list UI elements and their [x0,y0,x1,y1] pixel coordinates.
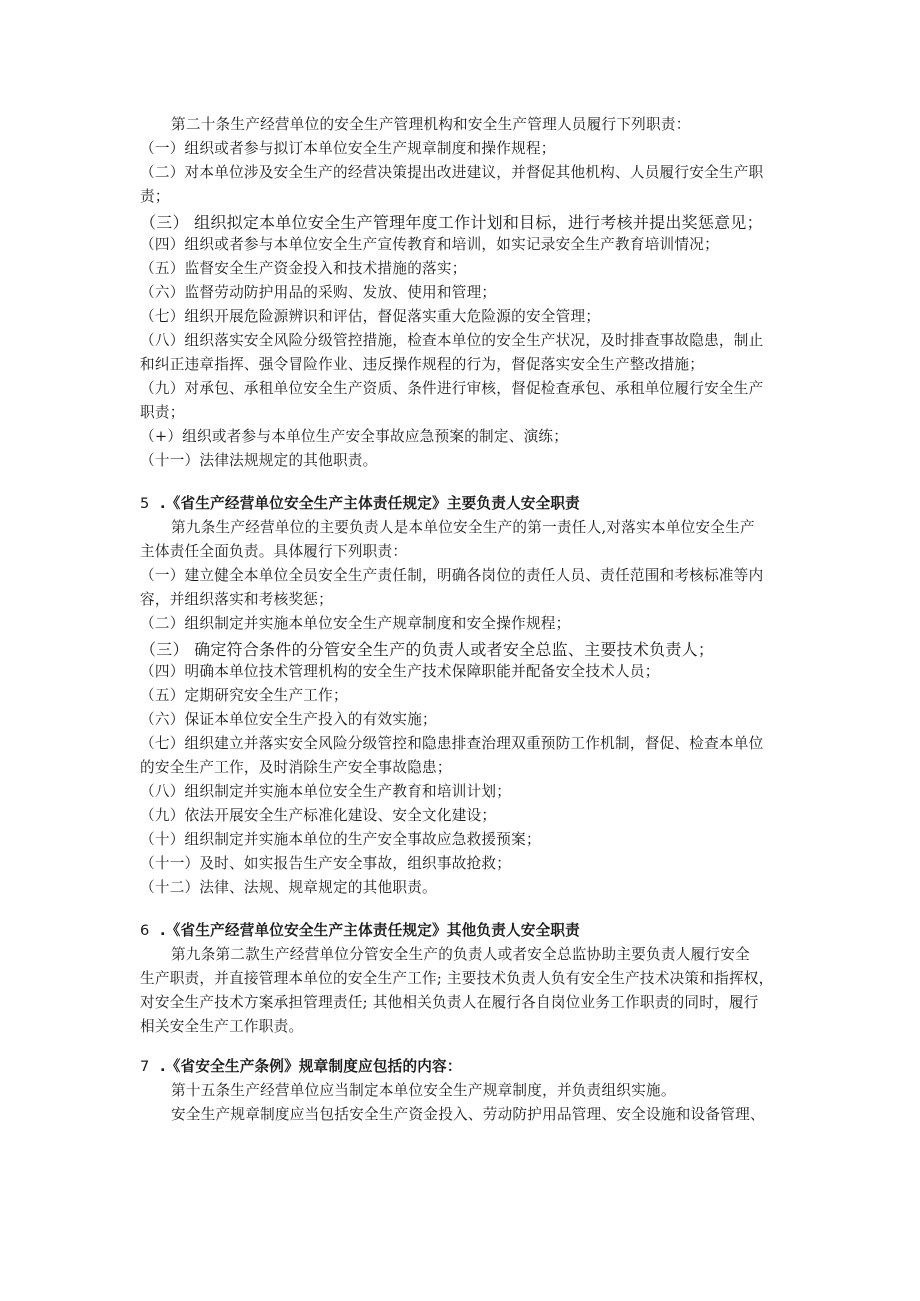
list-item-continuation: 责； [140,185,790,209]
section-article-20: 第二十条生产经营单位的安全生产管理机构和安全生产管理人员履行下列职责： （一）组… [140,113,790,473]
section-number: 6 [140,919,160,943]
list-item: （六）保证本单位安全生产投入的有效实施； [140,708,790,732]
article-intro: 第二十条生产经营单位的安全生产管理机构和安全生产管理人员履行下列职责： [140,113,790,137]
list-item: （十一）及时、如实报告生产安全事故，组织事故抢救； [140,852,790,876]
list-item: （十一）法律法规规定的其他职责。 [140,449,790,473]
section-title: .《省安全生产条例》规章制度应包括的内容： [160,1058,462,1075]
list-item: （五）监督安全生产资金投入和技术措施的落实； [140,257,790,281]
section-number: 7 [140,1055,160,1079]
paragraph-line: 相关安全生产工作职责。 [140,1015,790,1039]
list-item: （一）组织或者参与拟订本单位安全生产规章制度和操作规程； [140,137,790,161]
spacer [140,1039,790,1055]
list-item: （十）组织制定并实施本单位的生产安全事故应急救援预案； [140,828,790,852]
list-item: （十二）法律、法规、规章规定的其他职责。 [140,876,790,900]
list-item: （三） 组织拟定本单位安全生产管理年度工作计划和目标，进行考核并提出奖惩意见； [140,211,790,235]
list-item: （七）组织开展危险源辨识和评估，督促落实重大危险源的安全管理； [140,305,790,329]
list-item-continuation: 容，并组织落实和考核奖惩； [140,588,790,612]
list-item: （六）监督劳动防护用品的采购、发放、使用和管理； [140,281,790,305]
list-item: （二）组织制定并实施本单位安全生产规章制度和安全操作规程； [140,612,790,636]
list-item: （五）定期研究安全生产工作； [140,684,790,708]
article-intro-continuation: 主体责任全面负责。具体履行下列职责： [140,540,790,564]
list-item: （七）组织建立并落实安全风险分级管控和隐患排查治理双重预防工作机制，督促、检查本… [140,732,790,756]
section-5: 5.《省生产经营单位安全生产主体责任规定》主要负责人安全职责 第九条生产经营单位… [140,492,790,900]
list-item: （四）组织或者参与本单位安全生产宣传教育和培训，如实记录安全生产教育培训情况； [140,233,790,257]
document-page: 第二十条生产经营单位的安全生产管理机构和安全生产管理人员履行下列职责： （一）组… [140,113,790,1127]
paragraph-line: 安全生产规章制度应当包括安全生产资金投入、劳动防护用品管理、安全设施和设备管理、 [140,1103,790,1127]
spacer [140,900,790,919]
list-item-continuation: 的安全生产工作，及时消除生产安全事故隐患； [140,756,790,780]
list-item: （九）对承包、承租单位安全生产资质、条件进行审核，督促检查承包、承租单位履行安全… [140,377,790,401]
section-7: 7.《省安全生产条例》规章制度应包括的内容： 第十五条生产经营单位应当制定本单位… [140,1055,790,1127]
section-heading: 5.《省生产经营单位安全生产主体责任规定》主要负责人安全职责 [140,492,790,516]
list-item-continuation: 职责； [140,401,790,425]
list-item: （八）组织制定并实施本单位安全生产教育和培训计划； [140,780,790,804]
paragraph-line: 对安全生产技术方案承担管理责任; 其他相关负责人在履行各自岗位业务工作职责的同时… [140,991,790,1015]
list-item: （九）依法开展安全生产标准化建设、安全文化建设； [140,804,790,828]
section-title: .《省生产经营单位安全生产主体责任规定》其他负责人安全职责 [160,922,580,939]
spacer [140,473,790,492]
paragraph-line: 第九条第二款生产经营单位分管安全生产的负责人或者安全总监协助主要负责人履行安全 [140,943,790,967]
list-item: （八）组织落实安全风险分级管控措施，检查本单位的安全生产状况，及时排查事故隐患，… [140,329,790,353]
paragraph-line: 第十五条生产经营单位应当制定本单位安全生产规章制度，并负责组织实施。 [140,1079,790,1103]
list-item: （一）建立健全本单位全员安全生产责任制，明确各岗位的责任人员、责任范围和考核标准… [140,564,790,588]
list-item: （+）组织或者参与本单位生产安全事故应急预案的制定、演练； [140,425,790,449]
list-item: （三） 确定符合条件的分管安全生产的负责人或者安全总监、主要技术负责人； [140,638,790,662]
section-number: 5 [140,492,160,516]
list-item: （四）明确本单位技术管理机构的安全生产技术保障职能并配备安全技术人员； [140,660,790,684]
section-heading: 7.《省安全生产条例》规章制度应包括的内容： [140,1055,790,1079]
list-item: （二）对本单位涉及安全生产的经营决策提出改进建议，并督促其他机构、人员履行安全生… [140,161,790,185]
section-title: .《省生产经营单位安全生产主体责任规定》主要负责人安全职责 [160,495,580,512]
article-intro: 第九条生产经营单位的主要负责人是本单位安全生产的第一责任人,对落实本单位安全生产 [140,516,790,540]
paragraph-line: 生产职责，并直接管理本单位的安全生产工作; 主要技术负责人负有安全生产技术决策和… [140,967,790,991]
section-6: 6.《省生产经营单位安全生产主体责任规定》其他负责人安全职责 第九条第二款生产经… [140,919,790,1039]
list-item-continuation: 和纠正违章指挥、强令冒险作业、违反操作规程的行为，督促落实安全生产整改措施； [140,353,790,377]
section-heading: 6.《省生产经营单位安全生产主体责任规定》其他负责人安全职责 [140,919,790,943]
